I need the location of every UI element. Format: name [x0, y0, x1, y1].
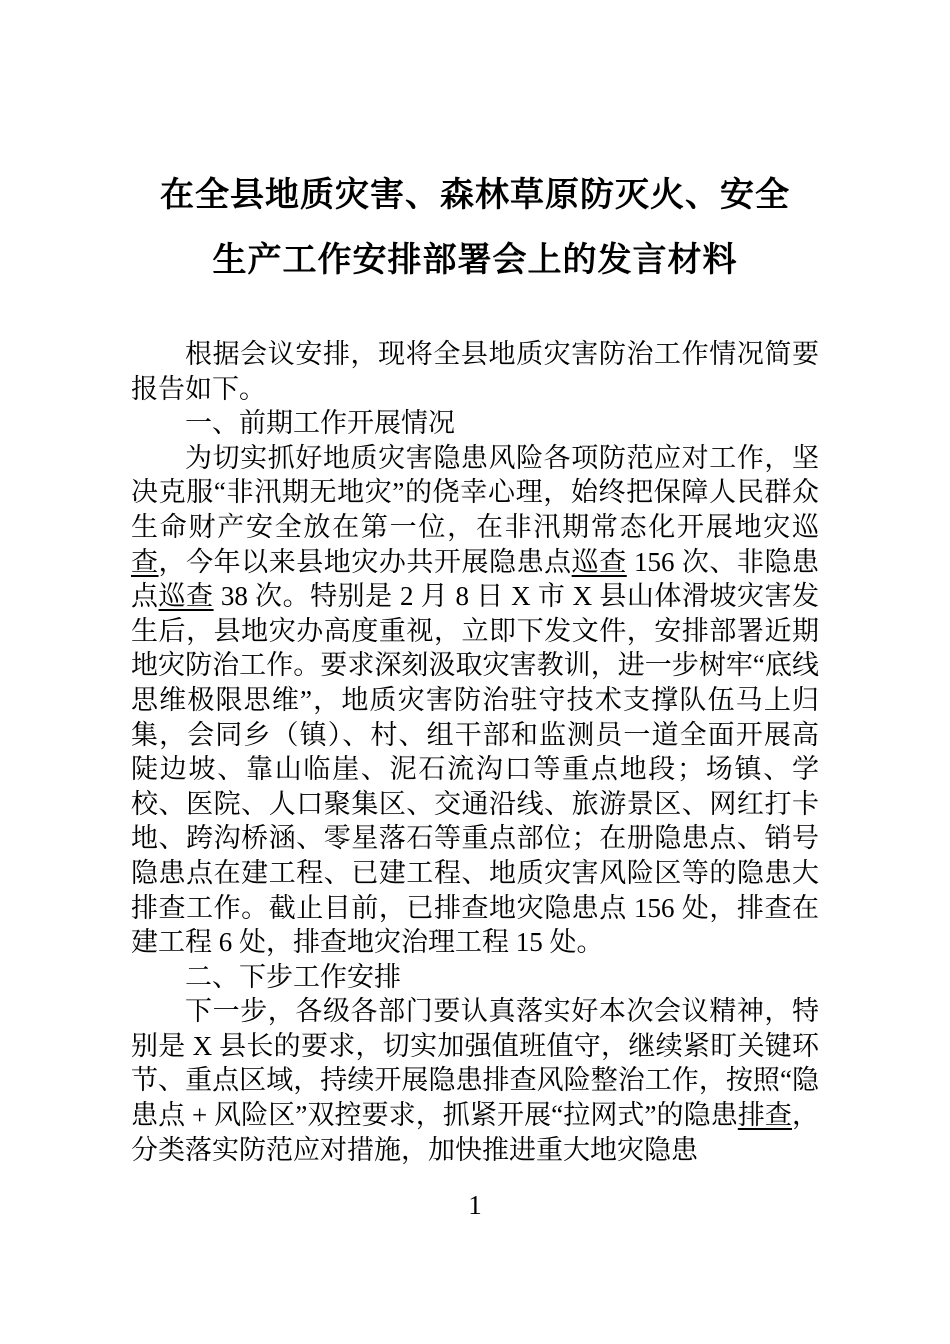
text-segment: 二、下步工作安排	[185, 962, 401, 992]
underlined-text: 巡查	[572, 547, 627, 577]
text-segment: 38 次。特别是 2 月 8 日 X 市 X 县山体滑坡灾害发生后，县地灾办高度…	[131, 581, 819, 957]
document-page: 在全县地质灾害、森林草原防灭火、安全 生产工作安排部署会上的发言材料 根据会议安…	[0, 0, 950, 1344]
underlined-text: 巡查	[159, 581, 214, 611]
text-segment: 根据会议安排，现将全县地质灾害防治工作情况简要报告如下。	[131, 339, 819, 404]
paragraph: 根据会议安排，现将全县地质灾害防治工作情况简要报告如下。	[131, 337, 819, 406]
underlined-text: 排查	[738, 1100, 792, 1130]
title-line-2: 生产工作安排部署会上的发言材料	[131, 228, 819, 293]
text-segment: 下一步，各级各部门要认真落实好本次会议精神，特别是 X 县长的要求，切实加强值班…	[131, 996, 819, 1130]
paragraph: 一、前期工作开展情况	[131, 406, 819, 441]
document-title: 在全县地质灾害、森林草原防灭火、安全 生产工作安排部署会上的发言材料	[131, 0, 819, 293]
underlined-text: 查	[131, 547, 159, 577]
paragraph: 下一步，各级各部门要认真落实好本次会议精神，特别是 X 县长的要求，切实加强值班…	[131, 994, 819, 1167]
page-number: 1	[0, 1188, 950, 1222]
text-segment: 为切实抓好地质灾害隐患风险各项防范应对工作，坚决克服“非汛期无地灾”的侥幸心理，…	[131, 443, 819, 542]
text-segment: 一、前期工作开展情况	[185, 408, 455, 438]
document-body: 根据会议安排，现将全县地质灾害防治工作情况简要报告如下。一、前期工作开展情况为切…	[131, 337, 819, 1167]
title-line-1: 在全县地质灾害、森林草原防灭火、安全	[131, 163, 819, 228]
paragraph: 二、下步工作安排	[131, 960, 819, 995]
document-content: 在全县地质灾害、森林草原防灭火、安全 生产工作安排部署会上的发言材料 根据会议安…	[0, 0, 950, 1167]
paragraph: 为切实抓好地质灾害隐患风险各项防范应对工作，坚决克服“非汛期无地灾”的侥幸心理，…	[131, 441, 819, 960]
text-segment: ，今年以来县地灾办共开展隐患点	[159, 547, 572, 577]
